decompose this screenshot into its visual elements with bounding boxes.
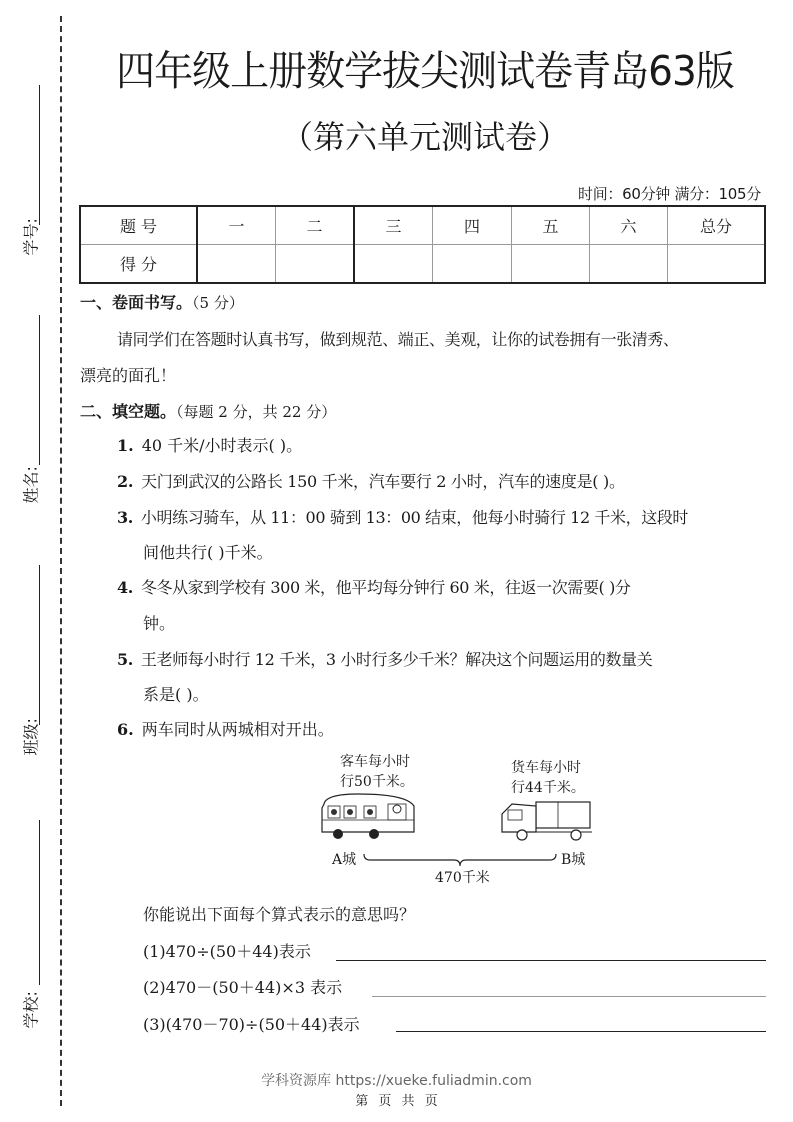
name-line[interactable] xyxy=(39,315,40,465)
page-number: 第 页 共 页 xyxy=(0,1090,793,1109)
bus-speed-label-line1: 客车每小时 xyxy=(340,752,414,772)
city-a-label: A城 xyxy=(332,850,356,870)
student-id-label: 学号: xyxy=(19,232,42,256)
distance-label: 470千米 xyxy=(435,868,490,888)
bus-speed-label: 客车每小时 行50千米。 xyxy=(340,752,414,792)
col-header-6: 六 xyxy=(590,206,668,245)
score-table: 题 号 一 二 三 四 五 六 总分 得 分 xyxy=(79,205,766,284)
truck-speed-label: 货车每小时 行44千米。 xyxy=(511,758,585,798)
truck-speed-label-line2: 行44千米。 xyxy=(511,778,585,798)
section-1-heading: 一、卷面书写。（5 分） xyxy=(80,290,244,313)
class-label: 班级: xyxy=(19,732,42,756)
col-header-3: 三 xyxy=(354,206,433,245)
section-1-points: （5 分） xyxy=(192,294,244,312)
question-3: 3.小明练习骑车，从 11：00 骑到 13：00 结束，他每小时骑行 12 千… xyxy=(117,505,688,528)
col-header-4: 四 xyxy=(433,206,512,245)
col-header-5: 五 xyxy=(512,206,590,245)
score-cell-2[interactable] xyxy=(276,245,355,284)
bus-speed-label-line2: 行50千米。 xyxy=(340,772,414,792)
question-6-text: 两车同时从两城相对开出。 xyxy=(142,720,334,739)
cut-line-dashed xyxy=(60,16,62,1106)
question-2-number: 2. xyxy=(117,472,133,491)
section-1-paragraph-line2: 漂亮的面孔！ xyxy=(80,363,176,386)
col-header-2: 二 xyxy=(276,206,355,245)
question-4-number: 4. xyxy=(117,578,133,597)
expression-3-text: (3)(470－70)÷(50＋44)表示 xyxy=(143,1012,360,1035)
class-line[interactable] xyxy=(39,565,40,725)
truck-icon xyxy=(498,798,594,844)
score-cell-6[interactable] xyxy=(590,245,668,284)
truck-speed-label-line1: 货车每小时 xyxy=(511,758,585,778)
question-6-number: 6. xyxy=(117,720,134,739)
section-1-paragraph-line1: 请同学们在答题时认真书写，做到规范、端正、美观，让你的试卷拥有一张清秀、 xyxy=(117,327,679,350)
school-label: 学校: xyxy=(19,1005,42,1029)
expressions-prompt: 你能说出下面每个算式表示的意思吗？ xyxy=(143,902,415,925)
row-header-score: 得 分 xyxy=(80,245,197,284)
page-title: 四年级上册数学拔尖测试卷青岛63版 xyxy=(80,39,770,98)
question-5-number: 5. xyxy=(117,650,133,669)
section-2-heading: 二、填空题。（每题 2 分，共 22 分） xyxy=(80,399,336,422)
question-1-text: 40 千米/小时表示( )。 xyxy=(142,436,302,455)
row-header-question-no: 题 号 xyxy=(80,206,197,245)
source-watermark: 学科资源库 https://xueke.fuliadmin.com xyxy=(0,1070,793,1090)
question-4-text-line2: 钟。 xyxy=(143,611,175,634)
question-5-text-line1: 王老师每小时行 12 千米，3 小时行多少千米？解决这个问题运用的数量关 xyxy=(141,650,652,669)
question-1: 1.40 千米/小时表示( )。 xyxy=(117,433,302,456)
section-2-points: （每题 2 分，共 22 分） xyxy=(176,403,336,421)
question-2: 2.天门到武汉的公路长 150 千米，汽车要行 2 小时，汽车的速度是( )。 xyxy=(117,469,625,492)
score-cell-1[interactable] xyxy=(197,245,276,284)
question-3-text-line1: 小明练习骑车，从 11：00 骑到 13：00 结束，他每小时骑行 12 千米，… xyxy=(141,508,688,527)
section-2-title: 二、填空题。 xyxy=(80,402,176,421)
school-line[interactable] xyxy=(39,820,40,985)
question-4: 4.冬冬从家到学校有 300 米，他平均每分钟行 60 米，往返一次需要( )分 xyxy=(117,575,631,598)
question-1-number: 1. xyxy=(117,436,134,455)
student-id-line[interactable] xyxy=(39,85,40,225)
score-table-header-row: 题 号 一 二 三 四 五 六 总分 xyxy=(80,206,765,245)
bus-icon xyxy=(318,792,418,844)
expression-1-text: (1)470÷(50＋44)表示 xyxy=(143,939,311,962)
question-5-text-line2: 系是( )。 xyxy=(143,682,209,705)
question-3-text-line2: 间他共行( )千米。 xyxy=(143,540,273,563)
two-vehicles-figure: 客车每小时 行50千米。 货车每小时 行44千米。 A城 B城 470千米 xyxy=(318,748,598,888)
question-6: 6.两车同时从两城相对开出。 xyxy=(117,717,334,740)
score-cell-total[interactable] xyxy=(668,245,766,284)
time-score-info: 时间：60分钟 满分：105分 xyxy=(578,183,761,204)
section-1-title: 一、卷面书写。 xyxy=(80,293,192,312)
question-2-text: 天门到武汉的公路长 150 千米，汽车要行 2 小时，汽车的速度是( )。 xyxy=(141,472,625,491)
score-table-score-row: 得 分 xyxy=(80,245,765,284)
city-b-label: B城 xyxy=(561,850,585,870)
expression-3-answer-line[interactable] xyxy=(396,1031,766,1032)
expression-1-answer-line[interactable] xyxy=(336,960,766,961)
score-cell-5[interactable] xyxy=(512,245,590,284)
question-5: 5.王老师每小时行 12 千米，3 小时行多少千米？解决这个问题运用的数量关 xyxy=(117,647,652,670)
name-label: 姓名: xyxy=(19,480,42,504)
expression-2-answer-line[interactable] xyxy=(372,996,766,997)
page-subtitle: （第六单元测试卷） xyxy=(80,112,770,158)
expression-2-text: (2)470－(50＋44)×3 表示 xyxy=(143,975,342,998)
col-header-1: 一 xyxy=(197,206,276,245)
score-cell-3[interactable] xyxy=(354,245,433,284)
score-cell-4[interactable] xyxy=(433,245,512,284)
col-header-total: 总分 xyxy=(668,206,766,245)
question-3-number: 3. xyxy=(117,508,133,527)
question-4-text-line1: 冬冬从家到学校有 300 米，他平均每分钟行 60 米，往返一次需要( )分 xyxy=(141,578,631,597)
